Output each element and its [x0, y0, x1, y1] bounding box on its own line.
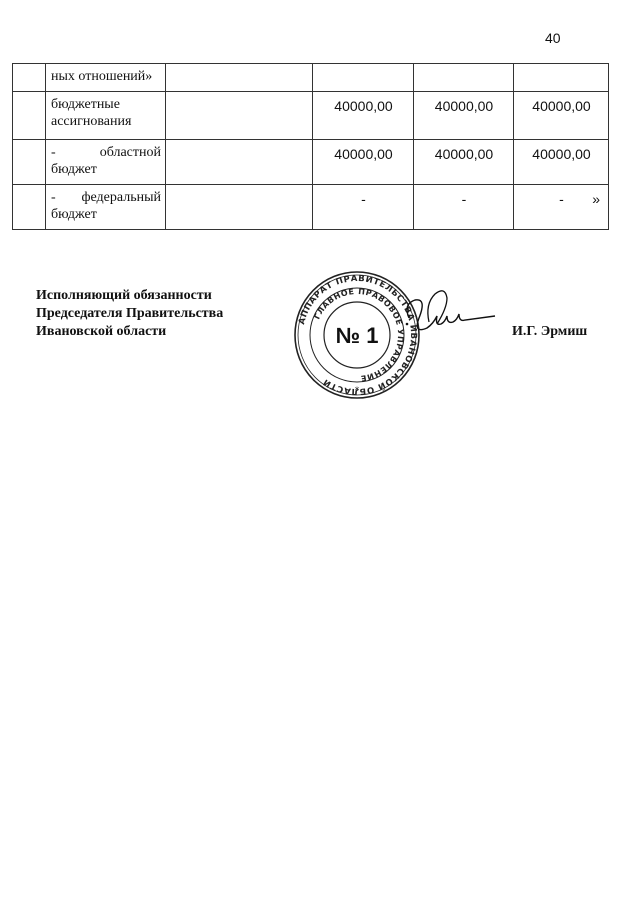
value-cell: [514, 64, 609, 92]
value-cell: 40000,00: [514, 140, 609, 185]
value-cell: [414, 64, 514, 92]
value-cell: - »: [514, 185, 609, 230]
handwritten-signature-icon: [405, 288, 505, 343]
table-row: - областной бюджет 40000,00 40000,00 400…: [13, 140, 609, 185]
row-extra: [166, 140, 313, 185]
description-word: федеральный: [81, 189, 161, 206]
stamp-number: № 1: [336, 323, 379, 348]
value-cell: 40000,00: [313, 140, 414, 185]
table-row: - федеральный бюджет - - - »: [13, 185, 609, 230]
row-extra: [166, 92, 313, 140]
value-cell: -: [414, 185, 514, 230]
title-line: Исполняющий обязанности: [36, 287, 223, 305]
closing-quote: »: [592, 191, 600, 208]
description-word: бюджет: [51, 161, 161, 178]
value-cell: 40000,00: [414, 140, 514, 185]
row-index: [13, 140, 46, 185]
row-description: бюджетные ассигнования: [46, 92, 166, 140]
stamp-star: *: [355, 386, 360, 396]
title-line: Председателя Правительства: [36, 305, 223, 323]
row-index: [13, 64, 46, 92]
value-cell: [313, 64, 414, 92]
table-row: бюджетные ассигнования 40000,00 40000,00…: [13, 92, 609, 140]
signatory-title: Исполняющий обязанности Председателя Пра…: [36, 287, 223, 341]
official-stamp-icon: АППАРАТ ПРАВИТЕЛЬСТВА ИВАНОВСКОЙ ОБЛАСТИ…: [292, 270, 422, 400]
page-number: 40: [545, 30, 561, 46]
row-description: - федеральный бюджет: [46, 185, 166, 230]
dash: -: [51, 144, 56, 161]
table-row: ных отношений»: [13, 64, 609, 92]
row-index: [13, 185, 46, 230]
row-index: [13, 92, 46, 140]
signer-name: И.Г. Эрмиш: [512, 324, 587, 340]
dash: -: [51, 189, 56, 206]
budget-table: ных отношений» бюджетные ассигнования 40…: [12, 63, 609, 230]
value-cell: 40000,00: [414, 92, 514, 140]
row-extra: [166, 185, 313, 230]
value-cell: -: [313, 185, 414, 230]
row-extra: [166, 64, 313, 92]
row-description: - областной бюджет: [46, 140, 166, 185]
title-line: Ивановской области: [36, 323, 223, 341]
value-cell: 40000,00: [514, 92, 609, 140]
description-word: бюджет: [51, 206, 161, 223]
value-dash: -: [559, 191, 564, 207]
value-cell: 40000,00: [313, 92, 414, 140]
description-word: областной: [100, 144, 161, 161]
row-description: ных отношений»: [46, 64, 166, 92]
